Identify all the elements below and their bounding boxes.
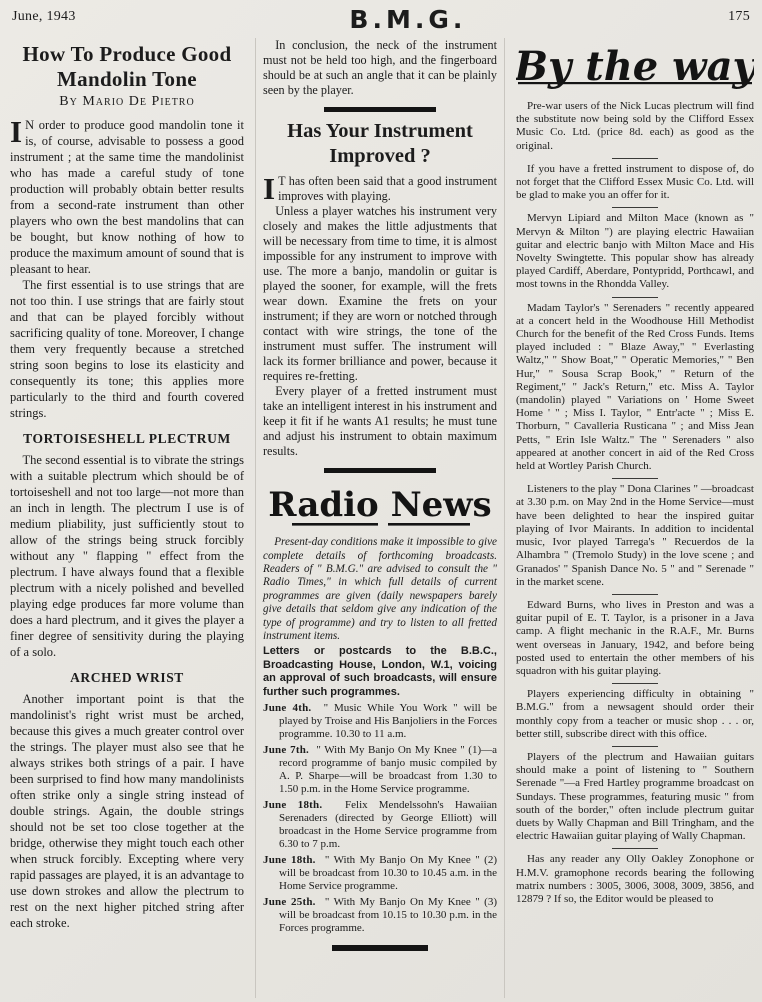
article-byline: By Mario De Pietro	[10, 94, 244, 110]
listing-date: June 18th.	[263, 799, 345, 811]
page-header: June, 1943 B.M.G. 175	[0, 0, 762, 38]
title-line: Improved ?	[329, 145, 431, 167]
radio-news-intro: Present-day conditions make it impossibl…	[263, 536, 497, 643]
by-the-way-lettering-icon: By the way	[516, 38, 754, 100]
article-paragraph: The first essential is to use strings th…	[10, 277, 244, 421]
listing-date: June 25th.	[263, 896, 325, 908]
section-divider-bar	[324, 107, 436, 112]
article-title-mandolin-tone: How To Produce Good Mandolin Tone	[10, 42, 244, 92]
item-divider-rule	[612, 594, 658, 595]
issue-date: June, 1943	[12, 7, 76, 25]
radio-listing: June 4th." Music While You Work " will b…	[263, 702, 497, 741]
subhead-tortoiseshell-plectrum: TORTOISESHELL PLECTRUM	[10, 431, 244, 447]
drop-cap: I	[10, 117, 25, 145]
listing-date: June 4th.	[263, 702, 324, 714]
radio-listing: June 7th." With My Banjo On My Knee " (1…	[263, 744, 497, 796]
magazine-page: June, 1943 B.M.G. 175 How To Produce Goo…	[0, 0, 762, 1002]
news-item: Edward Burns, who lives in Preston and w…	[516, 599, 754, 678]
title-line: Has Your Instrument	[287, 120, 473, 142]
section-divider-bar	[324, 468, 436, 473]
item-divider-rule	[612, 158, 658, 159]
paragraph-text: T has often been said that a good instru…	[278, 174, 497, 203]
section-end-bar	[332, 945, 428, 951]
middle-column: In conclusion, the neck of the instrumen…	[255, 38, 505, 998]
news-item: Madam Taylor's " Serenaders " recently a…	[516, 302, 754, 474]
radio-news-notice: Letters or postcards to the B.B.C., Broa…	[263, 645, 497, 699]
radio-news-logo: Radio News	[263, 480, 497, 532]
article-paragraph: In conclusion, the neck of the instrumen…	[263, 38, 497, 98]
article-paragraph: Every player of a fretted instrument mus…	[263, 384, 497, 459]
article-paragraph: IN order to produce good mandolin tone i…	[10, 117, 244, 277]
left-column: How To Produce Good Mandolin Tone By Mar…	[6, 38, 246, 998]
news-item: Players of the plectrum and Hawaiian gui…	[516, 751, 754, 843]
subhead-arched-wrist: ARCHED WRIST	[10, 670, 244, 686]
radio-news-title: Radio News	[268, 485, 491, 525]
listing-date: June 7th.	[263, 744, 316, 756]
right-column: By the way Pre-war users of the Nick Luc…	[514, 38, 756, 998]
article-paragraph: The second essential is to vibrate the s…	[10, 452, 244, 660]
article-paragraph: Another important point is that the mand…	[10, 691, 244, 931]
item-divider-rule	[612, 746, 658, 747]
article-title-instrument-improved: Has Your Instrument Improved ?	[263, 119, 497, 168]
radio-listing: June 25th." With My Banjo On My Knee " (…	[263, 896, 497, 935]
page-number: 175	[728, 7, 750, 25]
listing-date: June 18th.	[263, 854, 325, 866]
paragraph-text: N order to produce good mandolin tone it…	[10, 118, 244, 276]
news-item: Has any reader any Olly Oakley Zonophone…	[516, 853, 754, 906]
item-divider-rule	[612, 683, 658, 684]
item-divider-rule	[612, 297, 658, 298]
column-layout: How To Produce Good Mandolin Tone By Mar…	[0, 38, 762, 998]
radio-listing: June 18th." With My Banjo On My Knee " (…	[263, 854, 497, 893]
news-item: Players experiencing difficulty in obtai…	[516, 688, 754, 741]
drop-cap: I	[263, 174, 278, 202]
masthead-title: B.M.G.	[349, 7, 466, 32]
article-paragraph: Unless a player watches his instrument v…	[263, 204, 497, 384]
radio-listing: June 18th.Felix Mendelssohn's Hawaiian S…	[263, 799, 497, 851]
by-the-way-logo: By the way	[516, 38, 754, 100]
news-item: Mervyn Lipiard and Milton Mace (known as…	[516, 212, 754, 291]
article-paragraph: IT has often been said that a good instr…	[263, 174, 497, 204]
item-divider-rule	[612, 478, 658, 479]
item-divider-rule	[612, 848, 658, 849]
by-the-way-title: By the way	[516, 43, 754, 90]
radio-news-lettering-icon: Radio News	[264, 480, 496, 532]
news-item: Pre-war users of the Nick Lucas plectrum…	[516, 100, 754, 153]
news-item: If you have a fretted instrument to disp…	[516, 163, 754, 203]
news-item: Listeners to the play " Dona Clarines " …	[516, 483, 754, 589]
item-divider-rule	[612, 207, 658, 208]
